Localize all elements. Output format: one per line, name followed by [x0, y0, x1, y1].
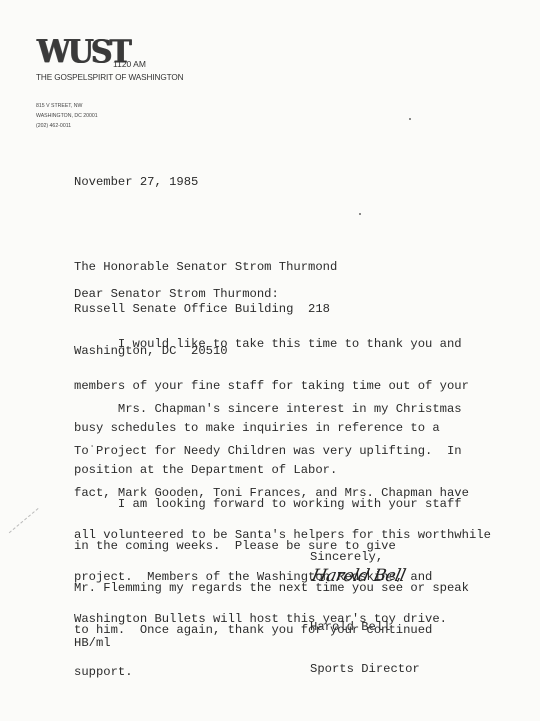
text-line: ToʿProject for Needy Children was very u…	[74, 444, 491, 458]
address-line: 815 V STREET, NW	[36, 101, 98, 111]
salutation: Dear Senator Strom Thurmond:	[74, 287, 279, 301]
text-line: in the coming weeks. Please be sure to g…	[74, 539, 469, 553]
paper-speck	[409, 118, 411, 120]
handwritten-signature: Harold Bell	[310, 566, 407, 586]
signer-name: Harold Bell	[310, 620, 420, 634]
text-line: Mrs. Chapman's sincere interest in my Ch…	[74, 402, 491, 416]
station-frequency: 1120 AM	[113, 59, 146, 69]
text-line: I am looking forward to working with you…	[74, 497, 469, 511]
address-line: WASHINGTON, DC 20001	[36, 111, 98, 121]
paper-fold-mark	[9, 508, 39, 534]
signer-block: Harold Bell Sports Director	[310, 592, 420, 690]
text-line: I would like to take this time to thank …	[74, 337, 469, 351]
station-tagline: THE GOSPELSPIRIT OF WASHINGTON	[36, 73, 183, 82]
letter-date: November 27, 1985	[74, 175, 198, 189]
signer-title: Sports Director	[310, 662, 420, 676]
station-address: 815 V STREET, NW WASHINGTON, DC 20001 (2…	[36, 101, 98, 131]
paper-speck	[359, 213, 361, 215]
closing: Sincerely,	[310, 550, 383, 564]
recipient-line: The Honorable Senator Strom Thurmond	[74, 260, 337, 274]
phone-number: (202) 462-0011	[36, 121, 98, 131]
reference-initials: HB/ml	[74, 636, 111, 650]
